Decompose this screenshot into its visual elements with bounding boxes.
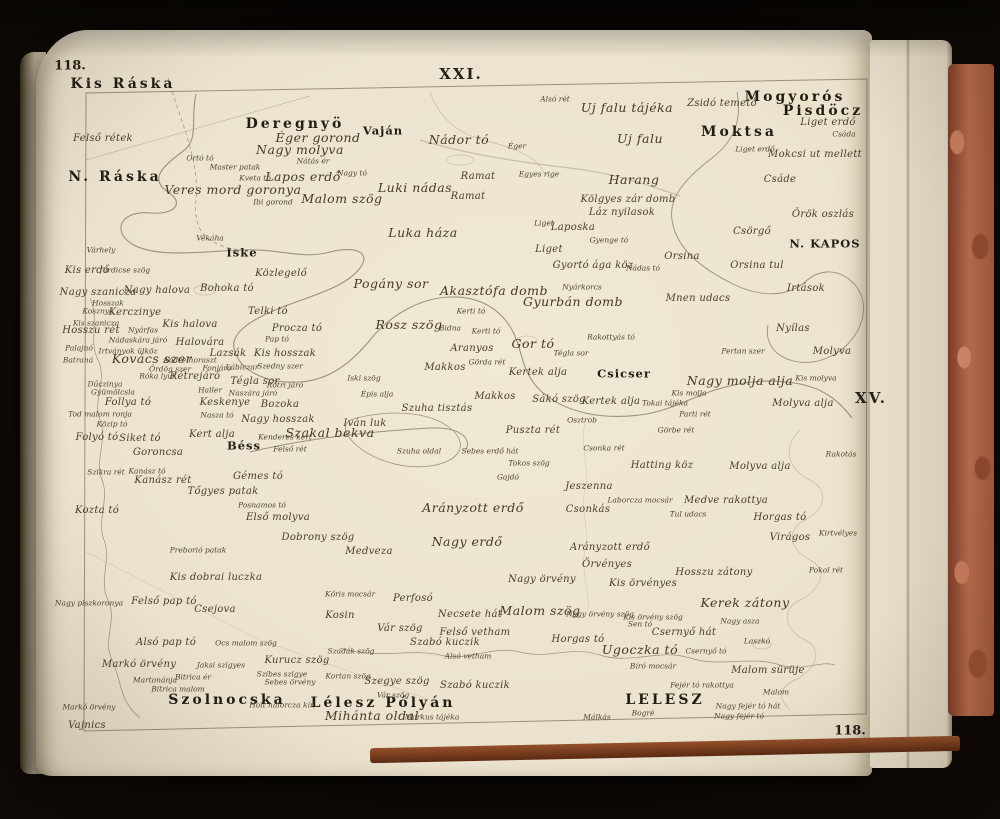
- map-label: Kozta tó: [75, 506, 119, 516]
- map-label: Ocs malom szög: [215, 639, 277, 647]
- map-label: Liget: [535, 245, 563, 255]
- map-label: Kis molyva: [795, 374, 836, 382]
- map-label: Procza tó: [272, 324, 322, 334]
- map-label: Tul udacs: [670, 510, 707, 518]
- map-label: Éger: [508, 142, 526, 150]
- map-label: Ugoczka tó: [602, 644, 678, 657]
- map-label: Kertek alja: [582, 397, 641, 407]
- map-label: Nagy erdő: [432, 536, 503, 549]
- map-label: Follya tó: [105, 398, 151, 408]
- map-label: Liget erdő: [735, 145, 774, 153]
- map-label: Markó örvény: [62, 703, 115, 711]
- map-label: Tégla sor: [554, 349, 589, 357]
- map-label: Laposka: [551, 223, 595, 233]
- map-label: Osztrob: [567, 416, 597, 424]
- map-label: Kirtvélyes: [819, 529, 857, 537]
- map-label: Nagy molja alja: [687, 375, 793, 388]
- map-label: Halovára: [176, 338, 225, 348]
- map-label: Kis örvényes: [609, 579, 677, 589]
- map-label: Virágos: [770, 533, 811, 543]
- map-label: Nagy fejér tó: [714, 712, 764, 720]
- map-label: Csörgő: [733, 227, 771, 237]
- map-label: Nagy asza: [720, 617, 759, 625]
- map-label: Siket tó: [119, 434, 161, 444]
- map-label: Épis alja: [361, 390, 394, 398]
- map-label: Nagy örvény: [508, 575, 576, 585]
- map-label: Csáde: [764, 175, 797, 185]
- map-label: Kortan szög: [325, 672, 370, 680]
- map-label: Posnamos tó: [238, 501, 286, 509]
- map-label: Aranyos: [450, 344, 493, 354]
- map-label: Makkos: [474, 392, 515, 402]
- map-label: Perfosó: [393, 594, 433, 604]
- map-label: Pertan szer: [721, 347, 764, 355]
- map-label: Rakottyás tó: [587, 333, 635, 341]
- map-label: Szabó kuczik: [440, 681, 510, 691]
- map-label: Róka lyuk: [139, 372, 177, 380]
- map-label: Bíró mocsár: [630, 662, 676, 670]
- map-label: Szuha tisztás: [402, 404, 473, 414]
- map-label: Kosin: [325, 611, 355, 621]
- map-label: Gajdó: [497, 473, 519, 481]
- map-label: Pap tó: [265, 335, 289, 343]
- map-label: Kertek alja: [509, 368, 568, 378]
- map-label: Molyva: [813, 347, 852, 357]
- map-label: Kanász rét: [134, 476, 191, 486]
- map-label: Sen tó: [628, 620, 652, 628]
- map-label-settlement: Csicser: [597, 368, 651, 380]
- map-label: Görda rét: [469, 358, 506, 366]
- map-label-settlement: LELESZ: [625, 693, 704, 707]
- map-label: Medveza: [345, 547, 392, 557]
- map-label-settlement: Moktsa: [701, 125, 777, 139]
- map-label: Közlegelő: [255, 269, 307, 279]
- map-label: Nagy hosszak: [241, 415, 315, 425]
- map-label: Bitrica malom: [151, 685, 205, 693]
- map-label: Kosznyá: [82, 307, 113, 315]
- map-label: Master patak: [210, 163, 261, 171]
- map-label: Bidna: [439, 324, 461, 332]
- map-label: Málkás: [583, 713, 610, 721]
- map-label: Goroncsa: [133, 448, 183, 458]
- map-label: Bohoka tó: [200, 284, 254, 294]
- map-label: Fejér tó rakottya: [670, 681, 734, 689]
- map-label: Naszára járó: [229, 389, 278, 397]
- map-label: Csáda: [832, 130, 855, 138]
- map-label: Orsina: [664, 252, 700, 262]
- map-label: Dobrony szög: [282, 533, 355, 543]
- map-label: Kis szanicza: [73, 319, 119, 327]
- map-label: Arányzott erdő: [422, 502, 524, 515]
- map-label: Szikra rét: [87, 468, 125, 476]
- map-label: Gyenge tó: [590, 236, 629, 244]
- map-label: fürdicse szög: [100, 266, 150, 274]
- map-label: Puszta rét: [506, 426, 560, 436]
- map-label: Nátás ér: [297, 157, 330, 165]
- map-label: Csonkás: [566, 505, 611, 515]
- map-label: Közip tó: [97, 420, 128, 428]
- map-label: Laszkó: [744, 637, 770, 645]
- map-label: Irtványok ülköz: [98, 347, 157, 355]
- map-label: Holt halorcza kín: [249, 701, 314, 709]
- map-label: Szabó kuczik: [410, 638, 480, 648]
- map-label: Mnen udacs: [666, 294, 731, 304]
- map-label: Láz nyilasok: [589, 208, 655, 218]
- map-label: Első molyva: [246, 513, 310, 523]
- map-label: Horgas tó: [552, 635, 605, 645]
- map-label: Irtások: [787, 284, 825, 294]
- map-label: Alsó vetham: [445, 652, 492, 660]
- map-label: Arányzott erdő: [570, 543, 650, 553]
- map-label: Malom: [763, 688, 789, 696]
- map-label: Bozoka: [261, 400, 299, 410]
- map-label: Kanász tó: [128, 467, 165, 475]
- map-label: Nyárkorcs: [562, 283, 602, 291]
- map-label: Tokos szög: [508, 459, 549, 467]
- map-label: Görbe rét: [658, 426, 695, 434]
- map-label-settlement: Vaján: [363, 125, 403, 137]
- map-label: Bitrica ér: [175, 673, 211, 681]
- map-label: Molyva alja: [772, 399, 833, 409]
- map-label: Kerti tó: [472, 327, 501, 335]
- map-label: Pogány sor: [354, 278, 429, 291]
- map-label: Kis molja: [671, 389, 706, 397]
- map-label: Iski szög: [347, 374, 380, 382]
- map-label: Várhely: [87, 246, 116, 254]
- map-label: Medve rakottya: [684, 496, 768, 506]
- map-label: Telki tó: [248, 307, 288, 317]
- map-label: Jaksi szigyes: [197, 661, 245, 669]
- map-label: Szedny szer: [257, 362, 303, 370]
- map-label-settlement: N. Ráska: [68, 170, 161, 184]
- map-label: Necsete hát: [438, 610, 502, 620]
- map-label: Nagy tó: [337, 169, 367, 177]
- map-label: Nádor tó: [429, 134, 489, 147]
- map-label: Kis hosszak: [254, 349, 316, 359]
- map-label: Csernyő tó: [685, 647, 726, 655]
- map-label: Iván luk: [343, 419, 386, 429]
- map-label: Kölgyes zár domb: [581, 195, 676, 205]
- map-label: Jeszenna: [565, 482, 613, 492]
- map-label: Sebes erdő hát: [461, 447, 518, 455]
- map-label: Uj falu tájéka: [581, 102, 673, 115]
- map-label: Batraná: [63, 356, 93, 364]
- map-label: Laborcza mocsár: [607, 496, 672, 504]
- map-label: Gor tó: [511, 338, 554, 351]
- map-label: Kerti tó: [457, 307, 486, 315]
- map-label: Csejova: [194, 605, 236, 615]
- map-label: Rétrejáró: [170, 372, 221, 382]
- map-label: Liget: [534, 219, 554, 227]
- map-label: Haller: [198, 386, 222, 394]
- map-label: Kis dobrai luczka: [170, 573, 263, 583]
- map-label: Veres mord goronya: [165, 184, 302, 197]
- map-label: Gyortó ága köz: [553, 261, 634, 271]
- map-label: Kőris mocsár: [325, 590, 375, 598]
- map-label: Luka háza: [388, 227, 457, 240]
- map-label: Hosszu zátony: [675, 568, 752, 578]
- map-label: Folyó tó: [76, 433, 119, 443]
- map-label: Malom sürüje: [731, 666, 805, 676]
- map-label: Tőgyes patak: [188, 487, 259, 497]
- map-label: Horgas tó: [754, 513, 807, 523]
- map-label: Liget erdő: [800, 118, 855, 128]
- map-label-settlement: Iske: [226, 247, 257, 259]
- map-label: Egyes rige: [519, 170, 559, 178]
- map-label: Kert alja: [189, 430, 235, 440]
- map-label: Nádas tó: [626, 264, 660, 272]
- map-label-settlement: Béss: [227, 440, 261, 452]
- map-label: Alsó pap tó: [136, 638, 196, 648]
- map-label: Nagy halova: [124, 286, 190, 296]
- map-label: Mokcsi ut mellett: [768, 150, 862, 160]
- map-label: Alsó rét: [540, 95, 570, 103]
- map-label: Uj falu: [617, 133, 663, 146]
- map-label: Vékáha: [196, 234, 223, 242]
- map-label: Felső rétek: [73, 134, 133, 144]
- map-label: Markó örvény: [102, 660, 176, 670]
- map-label: Nasza tó: [200, 411, 233, 419]
- map-label: Kurucz szög: [264, 656, 329, 666]
- map-label: Kveta tó: [239, 174, 271, 182]
- map-label: Felső rét: [273, 445, 306, 453]
- map-label: Lábiczar: [226, 363, 259, 371]
- map-label: Molyva alja: [729, 462, 790, 472]
- map-label: Nyárfas: [128, 326, 158, 334]
- map-label: Kerek zátony: [700, 597, 789, 610]
- map-label: Kerczinye: [109, 308, 162, 318]
- map-label: Preborió patak: [170, 546, 227, 554]
- map-label: Ibi gorond: [253, 198, 293, 206]
- map-label: Malom szög: [301, 193, 382, 206]
- map-label: Nyílas: [776, 324, 810, 334]
- map-label-settlement: Pisdöcz: [783, 104, 863, 118]
- map-label: Parti rét: [679, 410, 711, 418]
- map-label: Rakotás: [826, 450, 857, 458]
- map-label: Szadák szög: [328, 647, 375, 655]
- map-label: Luki nádas: [378, 182, 452, 195]
- map-label: Tod malom ronja: [68, 410, 132, 418]
- sheet-number-bottom-right: 118.: [834, 724, 866, 739]
- map-label: Martonánja: [133, 676, 177, 684]
- sheet-number-top-left: 118.: [54, 59, 86, 74]
- map-label-layer: Kis RáskaDeregnyöMogyorósPisdöczMoktsaN.…: [0, 0, 1000, 819]
- map-label: Nagy molyva: [256, 144, 344, 157]
- map-label: Szuha oldal: [397, 447, 441, 455]
- adjacent-sheet-right-label: XV.: [855, 389, 887, 407]
- map-label: Harang: [609, 174, 660, 187]
- map-label: Ramat: [461, 172, 496, 182]
- adjacent-sheet-top-label: XXI.: [439, 65, 483, 83]
- map-label: Gyurbán domb: [523, 296, 623, 309]
- map-label: Nagy fejér tó hát: [716, 702, 781, 710]
- map-label: Gyümölcsla: [91, 388, 135, 396]
- map-label: Felső pap tó: [131, 597, 196, 607]
- map-label: Csernyő hát: [652, 628, 717, 638]
- map-label: Orsina tul: [730, 261, 784, 271]
- map-label: Örvényes: [582, 560, 632, 570]
- map-label: Sebes örvény: [265, 678, 316, 686]
- map-label: Ortó tó: [186, 154, 213, 162]
- map-label: Vajnics: [68, 721, 106, 731]
- map-label: Keskenye: [200, 398, 251, 408]
- map-label: Vár szög: [377, 624, 422, 634]
- map-label: Markus tájéka: [405, 713, 460, 721]
- map-label: Ramat: [451, 192, 486, 202]
- map-label: Pokol rét: [809, 566, 843, 574]
- map-label: Szegye szög: [364, 677, 429, 687]
- map-label: Zsidó temető: [687, 99, 757, 109]
- map-label: Tokai tájéka: [642, 399, 688, 407]
- map-label: Nádaskára járó: [109, 336, 168, 344]
- map-label: Bogré: [632, 709, 655, 717]
- map-label-settlement: N. KAPOS: [789, 238, 860, 250]
- map-label: Örök oszlás: [792, 210, 854, 220]
- map-label: Rosz szög: [376, 319, 443, 332]
- map-label: Gémes tó: [233, 472, 283, 482]
- map-label: Csonka rét: [583, 444, 624, 452]
- map-label: Vár szög: [377, 691, 409, 699]
- map-label: Nagy piszkoronya: [55, 599, 123, 607]
- map-label: Makkos: [424, 363, 465, 373]
- map-label: Kenderes kert: [258, 433, 312, 441]
- map-label-settlement: Mogyorós: [745, 90, 846, 104]
- map-label: Sákó szög: [532, 395, 586, 405]
- map-label: Palajnó: [65, 344, 93, 352]
- map-label-settlement: Kis Ráska: [71, 77, 176, 91]
- map-label: Kis halova: [162, 320, 217, 330]
- map-label: Hatting köz: [631, 461, 694, 471]
